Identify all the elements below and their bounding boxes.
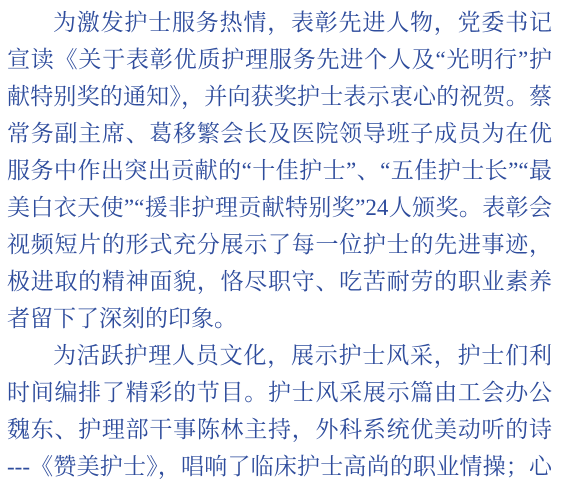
text-line: 魏东、护理部干事陈林主持，外科系统优美动听的诗歌朗诵 bbox=[7, 411, 552, 448]
text-line: 常务副主席、葛移繁会长及医院领导班子成员为在优质护理 bbox=[7, 115, 552, 152]
text-line: 为活跃护理人员文化，展示护士风采，护士们利用休息 bbox=[7, 337, 552, 374]
text-line: 美白衣天使”“援非护理贡献特别奖”24人颁奖。表彰会以 bbox=[7, 189, 552, 226]
text-line: ---《赞美护士》，唱响了临床护士高尚的职业情操；心血 bbox=[7, 448, 552, 482]
paragraph-nurse-performance: 为活跃护理人员文化，展示护士风采，护士们利用休息时间编排了精彩的节目。护士风采展… bbox=[7, 337, 552, 482]
text-line: 时间编排了精彩的节目。护士风采展示篇由工会办公室主任 bbox=[7, 374, 552, 411]
text-line: 宣读《关于表彰优质护理服务先进个人及“光明行”护理贡 bbox=[7, 41, 552, 78]
text-line: 者留下了深刻的印象。 bbox=[7, 300, 552, 337]
text-line: 献特别奖的通知》，并向获奖护士表示衷心的祝贺。蔡全发 bbox=[7, 78, 552, 115]
document-page: 为激发护士服务热情，表彰先进人物，党委书记崔明远宣读《关于表彰优质护理服务先进个… bbox=[0, 0, 565, 482]
text-line: 极进取的精神面貌，恪尽职守、吃苦耐劳的职业素养给与会 bbox=[7, 263, 552, 300]
text-line: 服务中作出突出贡献的“十佳护士”、“五佳护士长”“最 bbox=[7, 152, 552, 189]
text-line: 视频短片的形式充分展示了每一位护士的先进事迹，她们积 bbox=[7, 226, 552, 263]
text-line: 为激发护士服务热情，表彰先进人物，党委书记崔明远 bbox=[7, 4, 552, 41]
paragraph-award-ceremony: 为激发护士服务热情，表彰先进人物，党委书记崔明远宣读《关于表彰优质护理服务先进个… bbox=[7, 4, 552, 337]
